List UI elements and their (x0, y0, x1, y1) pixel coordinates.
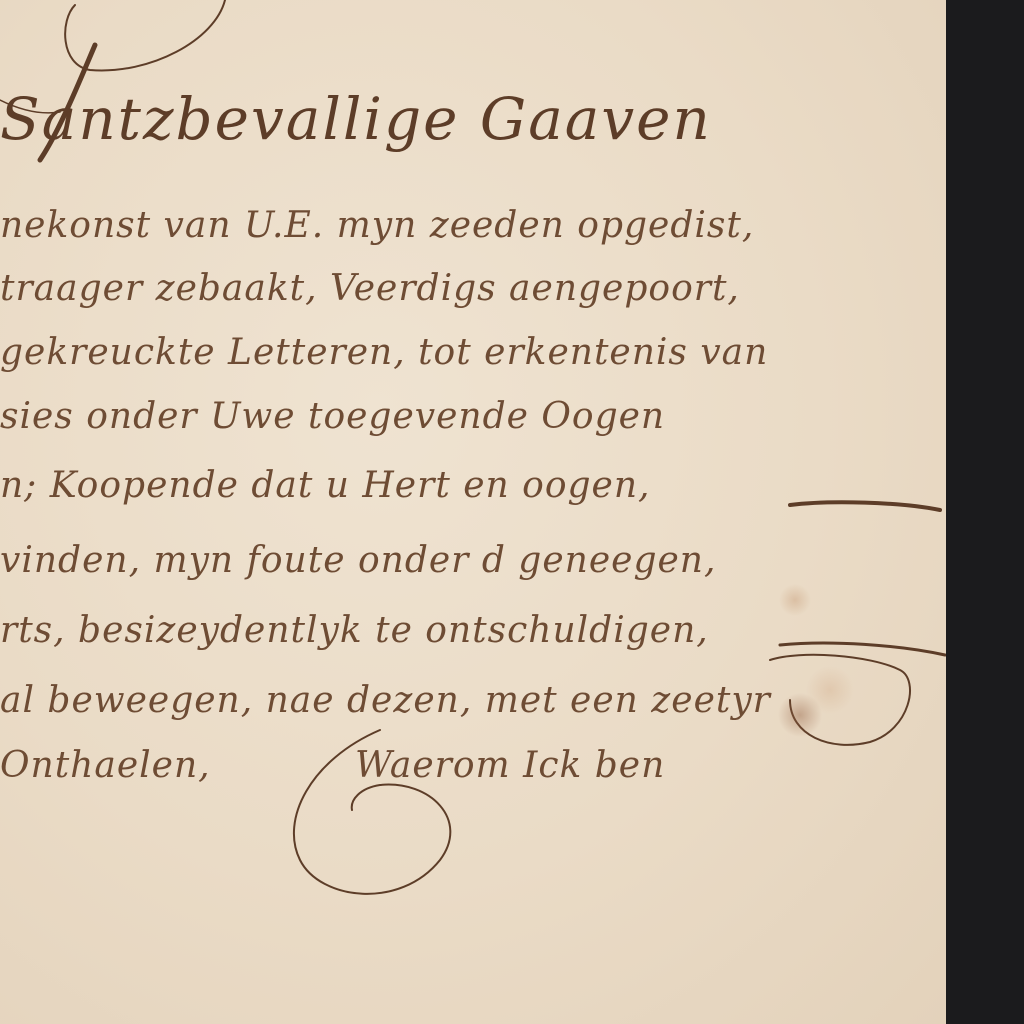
manuscript-closing: Waerom Ick ben (355, 745, 665, 786)
manuscript-line-7: rts, besizeydentlyk te ontschuldigen, (0, 610, 709, 651)
manuscript-line-6: vinden, myn foute onder d geneegen, (0, 540, 716, 581)
manuscript-line-4: sies onder Uwe toegevende Oogen (0, 396, 665, 437)
manuscript-line-1: nekonst van U.E. myn zeeden opgedist, (0, 205, 754, 246)
manuscript-line-5: n; Koopende dat u Hert en oogen, (0, 465, 651, 506)
dark-backing-board (946, 0, 1024, 1024)
pen-flourish-decoration (0, 0, 946, 1024)
manuscript-line-8: al beweegen, nae dezen, met een zeetyr (0, 680, 771, 721)
manuscript-line-3: gekreuckte Letteren, tot erkentenis van (0, 332, 768, 373)
manuscript-line-2: traager zebaakt, Veerdigs aengepoort, (0, 268, 740, 309)
manuscript-heading: Santzbevallige Gaaven (0, 85, 712, 153)
manuscript-page: Santzbevallige Gaaven nekonst van U.E. m… (0, 0, 946, 1024)
manuscript-line-9: Onthaelen, (0, 745, 211, 786)
